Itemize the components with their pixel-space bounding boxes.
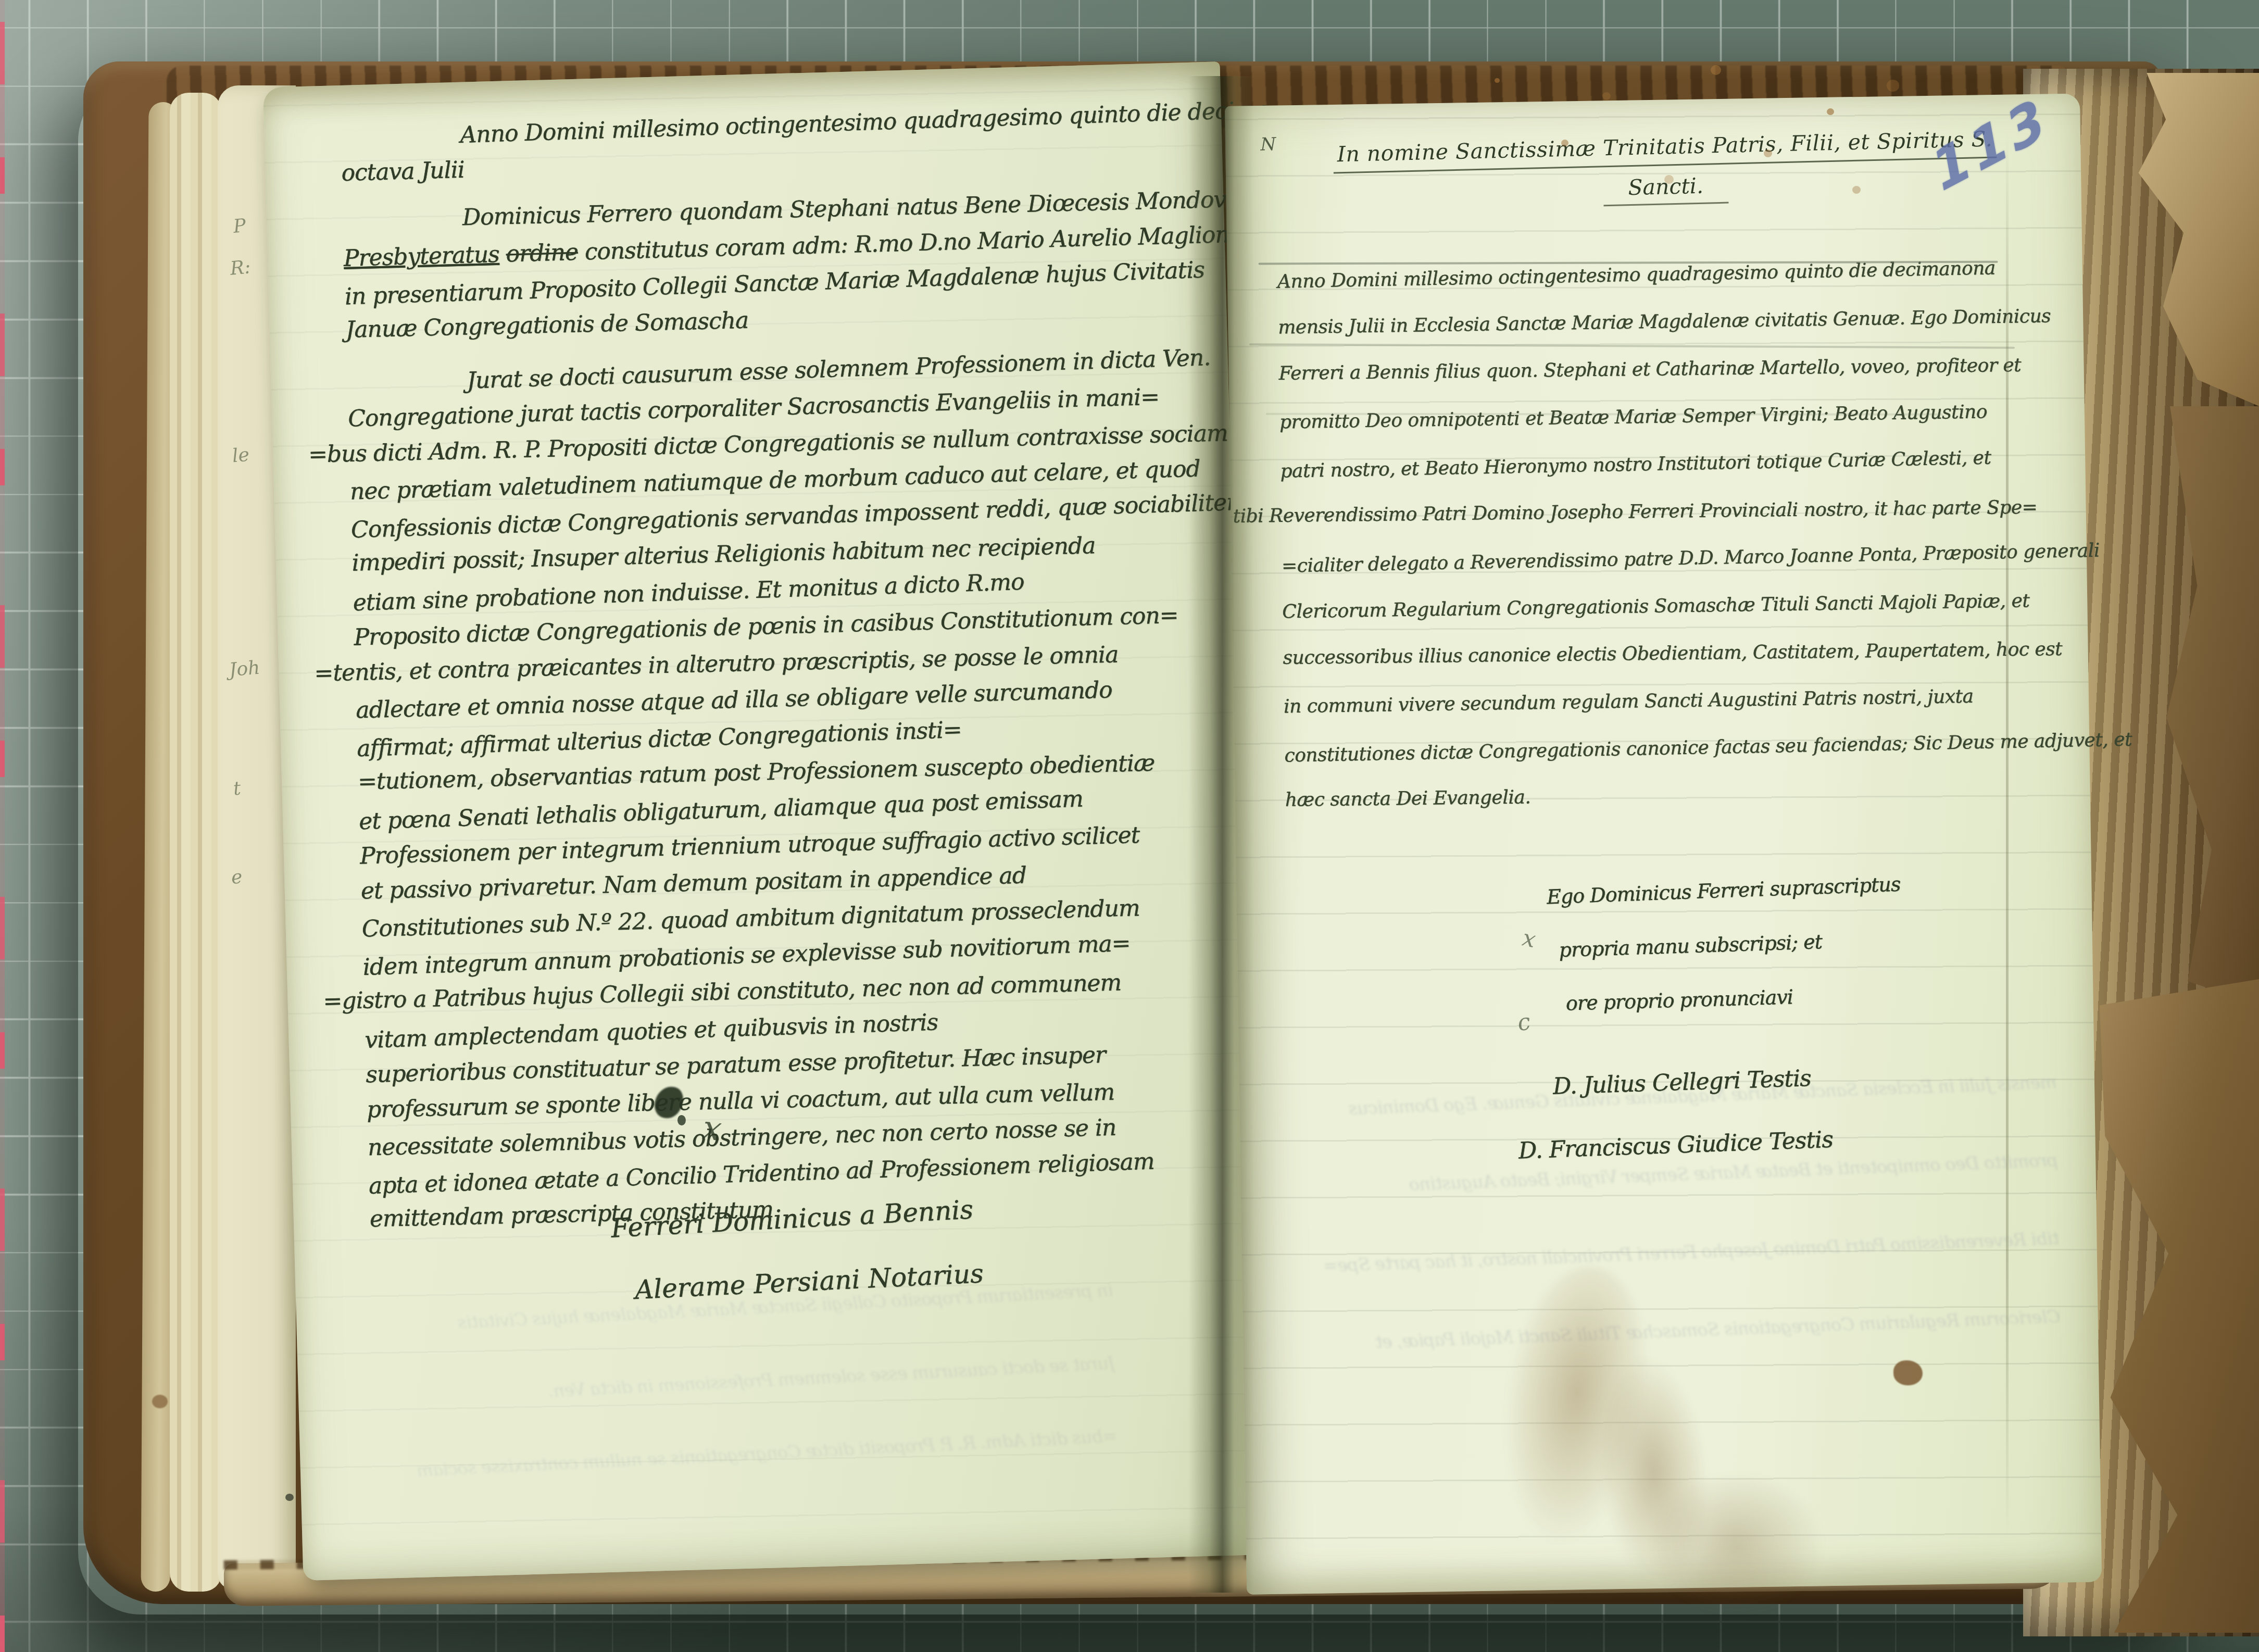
- right-page-text-block: N In nomine Sanctissimæ Trinitatis Patri…: [1225, 94, 2102, 1595]
- right-page: mensis Julii in Ecclesia Sanctæ Mariæ Ma…: [1225, 94, 2102, 1595]
- manuscript-line: Ferreri a Bennis filius quon. Stephani e…: [1278, 341, 2058, 397]
- photo-of-open-manuscript-book: PR:leJohte in presentiarum Proposito Col…: [0, 0, 2259, 1652]
- mat-red-edge-line: [0, 0, 5, 1652]
- underleaf-fragment: e: [230, 866, 243, 888]
- underleaf-fragment: Joh: [228, 657, 261, 681]
- manuscript-line: successoribus illius canonice electis Ob…: [1283, 625, 2062, 682]
- page-stack-edge: [170, 93, 222, 1592]
- underleaf-fragment: R:: [229, 256, 252, 279]
- invocation-line-1: In nomine Sanctissimæ Trinitatis Patris,…: [1333, 126, 1997, 173]
- manuscript-line: hæc sancta Dei Evangelia.: [1285, 768, 2064, 824]
- left-page-signatures: Ferreri Dominicus a BennisAlerame Persia…: [609, 1178, 985, 1323]
- gutter-shadow: [1188, 76, 1254, 1593]
- underleaf-fragment: t: [232, 778, 242, 799]
- manuscript-line: ore proprio pronunciavi: [1565, 967, 1904, 1031]
- manuscript-line: D. Julius Cellegri Testis: [1552, 1044, 1907, 1118]
- marginal-pen-mark: N: [1260, 134, 1276, 155]
- profession-text: Anno Domini millesimo octingentesimo qua…: [1277, 245, 2064, 825]
- invocation-line-2: Sancti.: [1603, 173, 1728, 207]
- right-page-signature-block: Ego Dominicus Ferreri suprascriptuspropr…: [1546, 858, 1910, 1181]
- left-page-text-block: Anno Domini millesimo octingentesimo qua…: [263, 61, 1260, 1581]
- page-crease: [2006, 130, 2009, 1536]
- left-page: in presentiarum Proposito Collegii Sanct…: [263, 61, 1260, 1581]
- underleaf-fragment: P: [232, 215, 247, 237]
- underleaf-fragment: le: [231, 444, 250, 467]
